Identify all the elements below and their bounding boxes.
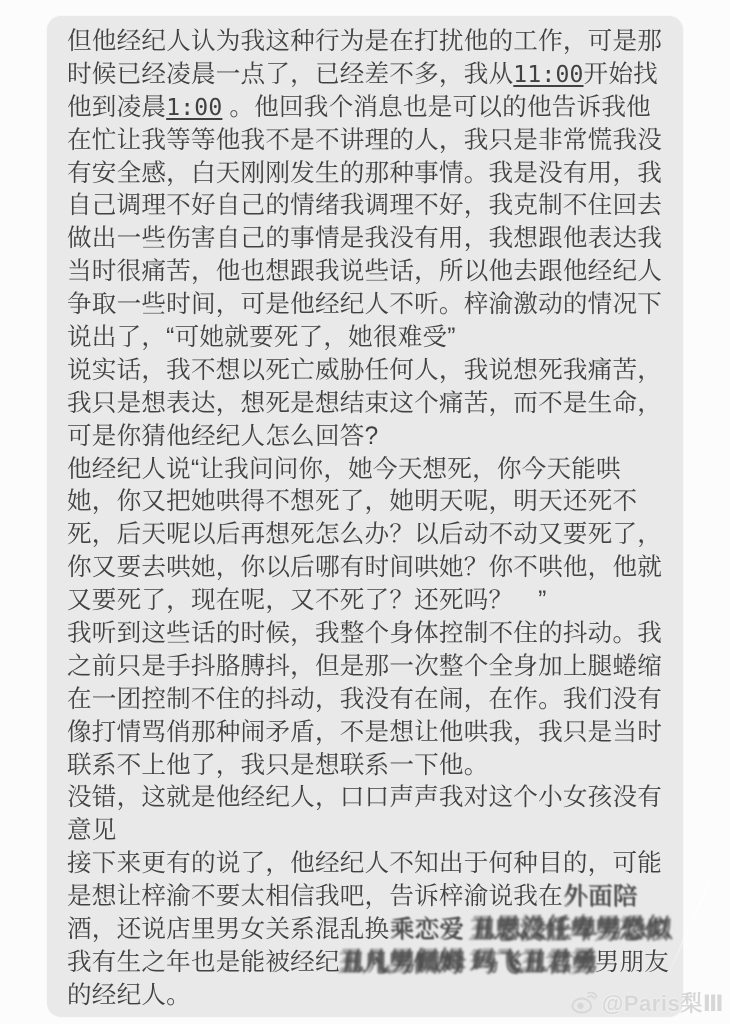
text-segment: 说实话，我不想以死亡威胁任何人，我说想死我痛苦，: [67, 357, 662, 384]
note-text: 但他经纪人认为我这种行为是在打扰他的工作，可是那时候已经凌晨一点了，已经差不多，…: [67, 26, 669, 1013]
note-line: 又要死了，现在呢，又不死了？还死吗？ ”: [67, 585, 669, 618]
redacted-text: 丑凡男佩姆 玛飞丑君勇: [338, 947, 596, 980]
text-segment: 他到凌晨: [67, 94, 166, 121]
note-line: 做出一些伤害自己的事情是我没有用，我想跟他表达我: [67, 223, 669, 256]
note-line: 我听到这些话的时候，我整个身体控制不住的抖动。我: [67, 618, 669, 651]
note-line: 你又要去哄她，你以后哪有时间哄她？你不哄他，他就: [67, 552, 669, 585]
note-line: 像打情骂俏那种闹矛盾，不是想让他哄我，我只是当时: [67, 717, 669, 750]
note-line: 自己调理不好自己的情绪我调理不好，我克制不住回去: [67, 190, 669, 223]
note-line: 可是你猜他经纪人怎么回答?: [67, 421, 669, 454]
text-segment: 我听到这些话的时候，我整个身体控制不住的抖动。我: [67, 620, 662, 647]
note-card: 但他经纪人认为我这种行为是在打扰他的工作，可是那时候已经凌晨一点了，已经差不多，…: [47, 16, 683, 1017]
note-line: 她，你又把她哄得不想死了，她明天呢，明天还死不: [67, 486, 669, 519]
text-segment: 时候已经凌晨一点了，已经差不多，我从: [67, 61, 513, 88]
note-line: 当时很痛苦，他也想跟我说些话，所以他去跟他经纪人: [67, 256, 669, 289]
redacted-text: 丑思没任卑男恐似: [470, 914, 670, 947]
note-line: 他到凌晨1:00 。他回我个消息也是可以的他告诉我他: [67, 92, 669, 125]
text-segment: 当时很痛苦，他也想跟我说些话，所以他去跟他经纪人: [67, 258, 662, 285]
text-segment: 接下来更有的说了，他经纪人不知出于何种目的，可能: [67, 850, 662, 877]
note-line: 是想让梓渝不要太相信我吧，告诉梓渝说我在外面陪: [67, 881, 669, 914]
text-segment: 开始找: [584, 61, 658, 88]
text-segment: 我只是想表达，想死是想结束这个痛苦，而不是生命，: [67, 390, 662, 417]
note-line: 酒，还说店里男女关系混乱换乘恋爱 丑思没任卑男恐似: [67, 914, 669, 947]
note-line: 我只是想表达，想死是想结束这个痛苦，而不是生命，: [67, 388, 669, 421]
text-segment: 。他回我个消息也是可以的他告诉我他: [222, 94, 651, 121]
text-segment: 联系不上他了，我只是想联系一下他。: [67, 752, 489, 779]
text-segment: 意见: [67, 817, 117, 844]
text-segment: 在忙让我等等他我不是不讲理的人，我只是非常慌我没: [67, 127, 662, 154]
text-segment: 酒，还说店里男女关系混乱换: [67, 916, 389, 943]
text-segment: 自己调理不好自己的情绪我调理不好，我克制不住回去: [67, 192, 662, 219]
text-segment: 在一团控制不住的抖动，我没有在闹，在作。我们没有: [67, 686, 662, 713]
watermark: @Paris梨Ⅲ: [571, 987, 724, 1018]
note-line: 之前只是手抖胳膊抖，但是那一次整个全身加上腿蜷缩: [67, 651, 669, 684]
note-line: 有安全感，白天刚刚发生的那种事情。我是没有用，我: [67, 158, 669, 191]
note-line: 意见: [67, 815, 669, 848]
watermark-handle: @Paris梨Ⅲ: [602, 987, 724, 1018]
time-link[interactable]: 11:00: [513, 62, 583, 88]
text-segment: 可是你猜他经纪人怎么回答?: [67, 423, 378, 450]
text-segment: 没错，这就是他经纪人，口口声声我对这个小女孩没有: [67, 784, 662, 811]
text-segment: 的经纪人。: [67, 982, 191, 1009]
text-segment: 之前只是手抖胳膊抖，但是那一次整个全身加上腿蜷缩: [67, 653, 662, 680]
text-segment: 说出了，“可她就要死了，她很难受”: [67, 324, 456, 351]
smudged-text: 乘恋爱: [389, 914, 463, 947]
text-segment: 有安全感，白天刚刚发生的那种事情。我是没有用，我: [67, 160, 662, 187]
note-line: 说出了，“可她就要死了，她很难受”: [67, 322, 669, 355]
note-line: 在一团控制不住的抖动，我没有在闹，在作。我们没有: [67, 684, 669, 717]
note-line: 没错，这就是他经纪人，口口声声我对这个小女孩没有: [67, 782, 669, 815]
text-segment: 是想让梓渝不要太相信我吧，告诉梓渝说我在: [67, 883, 563, 910]
note-line: 在忙让我等等他我不是不讲理的人，我只是非常慌我没: [67, 125, 669, 158]
text-segment: 她，你又把她哄得不想死了，她明天呢，明天还死不: [67, 488, 637, 515]
text-segment: 但他经纪人认为我这种行为是在打扰他的工作，可是那: [67, 28, 662, 55]
text-segment: 他经纪人说“让我问问你，她今天想死，你今天能哄: [67, 456, 621, 483]
note-line: 争取一些时间，可是他经纪人不听。梓渝激动的情况下: [67, 289, 669, 322]
note-line: 说实话，我不想以死亡威胁任何人，我说想死我痛苦，: [67, 355, 669, 388]
text-segment: 你又要去哄她，你以后哪有时间哄她？你不哄他，他就: [67, 554, 662, 581]
text-segment: 像打情骂俏那种闹矛盾，不是想让他哄我，我只是当时: [67, 719, 662, 746]
text-segment: 死，后天呢以后再想死怎么办？以后动不动又要死了，: [67, 521, 662, 548]
weibo-logo-icon: [571, 992, 597, 1014]
text-segment: 做出一些伤害自己的事情是我没有用，我想跟他表达我: [67, 225, 662, 252]
screenshot-stage: 但他经纪人认为我这种行为是在打扰他的工作，可是那时候已经凌晨一点了，已经差不多，…: [0, 0, 730, 1024]
note-line: 他经纪人说“让我问问你，她今天想死，你今天能哄: [67, 454, 669, 487]
note-line: 时候已经凌晨一点了，已经差不多，我从11:00开始找: [67, 59, 669, 92]
smudged-text: 外面陪: [563, 881, 637, 914]
text-segment: 男朋友: [595, 949, 669, 976]
note-line: 联系不上他了，我只是想联系一下他。: [67, 750, 669, 783]
note-line: 接下来更有的说了，他经纪人不知出于何种目的，可能: [67, 848, 669, 881]
note-line: 死，后天呢以后再想死怎么办？以后动不动又要死了，: [67, 519, 669, 552]
note-line: 我有生之年也是能被经纪丑凡男佩姆 玛飞丑君勇男朋友: [67, 947, 669, 980]
time-link[interactable]: 1:00: [166, 95, 222, 121]
text-segment: 我有生之年也是能被经纪: [67, 949, 340, 976]
text-segment: 争取一些时间，可是他经纪人不听。梓渝激动的情况下: [67, 291, 662, 318]
note-line: 但他经纪人认为我这种行为是在打扰他的工作，可是那: [67, 26, 669, 59]
text-segment: 又要死了，现在呢，又不死了？还死吗？ ”: [67, 587, 546, 614]
